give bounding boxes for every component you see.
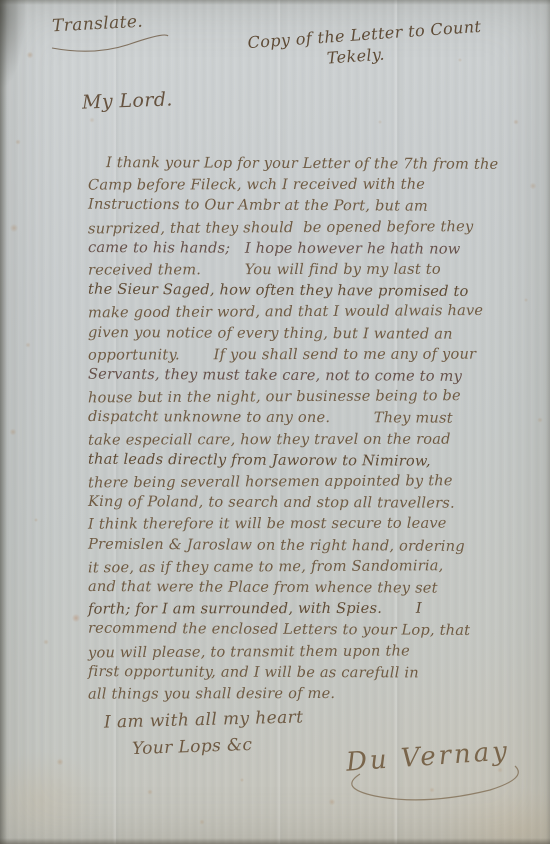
- body-line: first opportunity, and I will be as care…: [88, 661, 540, 684]
- body-line: opportunity. If you shall send to me any…: [88, 343, 540, 365]
- body-line: take especiall care, how they travel on …: [88, 428, 540, 450]
- body-line: dispatcht unknowne to any one. They must: [88, 406, 540, 429]
- body-line: I think therefore it will be most secure…: [88, 513, 540, 535]
- body-line: received them. You will find by my last …: [88, 258, 540, 280]
- body-line: and that were the Place from whence they…: [88, 576, 540, 599]
- body-line: forth; for I am surrounded, with Spies. …: [88, 598, 540, 620]
- body-line: given you notice of every thing, but I w…: [88, 322, 540, 345]
- body-line: all things you shall desire of me.: [88, 682, 540, 704]
- paper-edge: [0, 0, 7, 844]
- closing-line: Your Lops &c: [132, 735, 253, 759]
- body-line: make good their word, and that I would a…: [88, 300, 540, 324]
- body-line: Servants, they must take care, not to co…: [88, 364, 540, 388]
- body-line: I thank your Lop for your Letter of the …: [88, 152, 540, 175]
- letter-body: I thank your Lop for your Letter of the …: [88, 153, 540, 704]
- body-line: that leads directly from Jaworow to Nimi…: [88, 448, 540, 472]
- signature-flourish: [330, 758, 530, 808]
- letter-scan: Translate. Copy of the Letter to Count T…: [0, 0, 550, 844]
- salutation: My Lord.: [82, 88, 173, 113]
- body-line: you will please, to transmit them upon t…: [88, 639, 540, 663]
- body-line: recommend the enclosed Letters to your L…: [88, 618, 540, 642]
- annotation-underline-flourish: [50, 34, 170, 56]
- paper-edge: [0, 838, 550, 844]
- body-line: surprized, that they should be opened be…: [88, 215, 540, 239]
- paper-edge: [0, 0, 550, 5]
- paper-edge: [546, 0, 550, 844]
- body-line: King of Poland, to search and stop all t…: [88, 491, 540, 514]
- body-line: there being severall horsemen appointed …: [88, 470, 540, 494]
- body-line: it soe, as if they came to me, from Sand…: [88, 554, 540, 578]
- body-line: Premislen & Jaroslaw on the right hand, …: [88, 533, 540, 557]
- body-line: Instructions to Our Ambr at the Port, bu…: [88, 194, 540, 218]
- body-line: came to his hands; I hope however he hat…: [88, 237, 540, 260]
- body-line: house but in the night, our businesse be…: [88, 385, 540, 409]
- paper-corner-shadow: [0, 0, 26, 90]
- body-line: Camp before Fileck, wch I received with …: [88, 174, 540, 196]
